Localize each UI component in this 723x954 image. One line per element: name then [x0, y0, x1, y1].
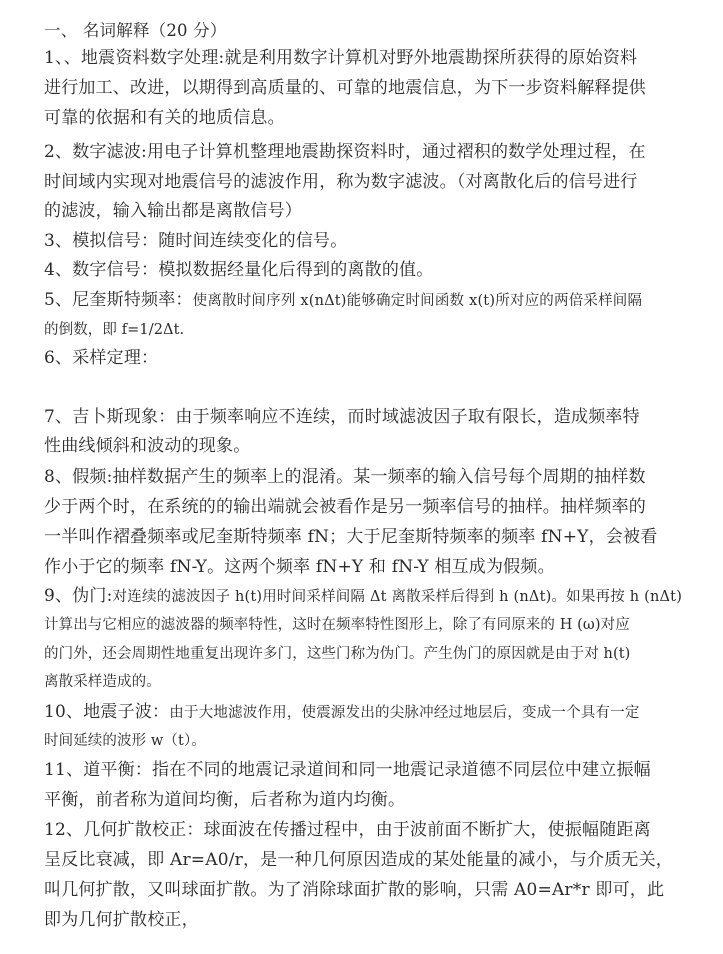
item-7-line-1: 7、吉卜斯现象：由于频率响应不连续，而时域滤波因子取有限长，造成频率特: [44, 405, 640, 429]
item-7-body: 由于频率响应不连续，而时域滤波因子取有限长，造成频率特: [175, 407, 639, 427]
item-12-label: 12、几何扩散校正：: [44, 820, 204, 840]
item-9-line-2: 计算出与它相应的滤波器的频率特性，这时在频率特性图形上，除了有同原来的 H (ω…: [44, 613, 630, 637]
item-3: 3、模拟信号：随时间连续变化的信号。: [44, 229, 347, 253]
section-title: 一、 名词解释（20 分）: [44, 19, 227, 43]
item-12-line-3: 叫几何扩散，又叫球面扩散。为了消除球面扩散的影响，只需 A0=Ar*r 即可，此: [44, 878, 664, 902]
item-8-line-4: 作小于它的频率 fN-Y。这两个频率 fN+Y 和 fN-Y 相互成为假频。: [44, 555, 555, 579]
item-5-body: 使离散时间序列 x(nΔt)能够确定时间函数 x(t)所对应的两倍采样间隔: [193, 293, 643, 309]
item-6: 6、采样定理：: [44, 346, 158, 370]
item-11-line-1: 11、道平衡：指在不同的地震记录道间和同一地震记录道德不同层位中建立振幅: [44, 758, 651, 782]
item-12-line-1: 12、几何扩散校正：球面波在传播过程中，由于波前面不断扩大，使振幅随距离: [44, 818, 651, 842]
item-1-line-1: 1、、地震资料数字处理:就是利用数字计算机对野外地震勘探所获得的原始资料: [44, 46, 637, 70]
item-1-line-2: 进行加工、改进，以期得到高质量的、可靠的地震信息，为下一步资料解释提供: [44, 76, 646, 100]
item-2-line-2: 时间域内实现对地震信号的滤波作用，称为数字滤波。（对离散化后的信号进行: [44, 170, 638, 194]
item-8-body: 抽样数据产生的频率上的混淆。某一频率的输入信号每个周期的抽样数: [113, 467, 646, 487]
item-11-line-2: 平衡，前者称为道间均衡，后者称为道内均衡。: [44, 788, 405, 812]
item-5-line-1: 5、尼奎斯特频率：使离散时间序列 x(nΔt)能够确定时间函数 x(t)所对应的…: [44, 288, 642, 313]
item-5-line-2: 的倒数，即 f=1/2Δt.: [44, 318, 184, 342]
item-10-label: 10、地震子波：: [44, 702, 169, 722]
item-12-line-4: 即为几何扩散校正，: [44, 908, 199, 932]
item-2-line-3: 的滤波，输入输出都是离散信号）: [44, 199, 302, 223]
item-10-line-1: 10、地震子波：由于大地滤波作用，使震源发出的尖脉冲经过地层后，变成一个具有一定: [44, 700, 640, 725]
item-5-label: 5、尼奎斯特频率：: [44, 290, 193, 310]
item-9-line-1: 9、伪门:对连续的滤波因子 h(t)用时间采样间隔 Δt 离散采样后得到 h (…: [44, 584, 682, 609]
item-7-line-2: 性曲线倾斜和波动的现象。: [44, 434, 250, 458]
item-1-line-3: 可靠的依据和有关的地质信息。: [44, 106, 285, 130]
item-9-line-4: 离散采样造成的。: [44, 670, 161, 694]
item-7-label: 7、吉卜斯现象：: [44, 407, 175, 427]
item-8-line-3: 一半叫作褶叠频率或尼奎斯特频率 fN；大于尼奎斯特频率的频率 fN+Y，会被看: [44, 525, 657, 549]
item-4: 4、数字信号：模拟数据经量化后得到的离散的值。: [44, 258, 433, 282]
item-11-label: 11、道平衡：: [44, 760, 152, 780]
item-10-line-2: 时间延续的波形 w（t）。: [44, 729, 206, 753]
item-9-line-3: 的门外，还会周期性地重复出现许多门，这些门称为伪门。产生伪门的原因就是由于对 h…: [44, 642, 630, 666]
item-8-line-1: 8、假频:抽样数据产生的频率上的混淆。某一频率的输入信号每个周期的抽样数: [44, 465, 646, 489]
item-9-body: 对连续的滤波因子 h(t)用时间采样间隔 Δt 离散采样后得到 h (nΔt)。…: [113, 589, 683, 605]
item-12-body: 球面波在传播过程中，由于波前面不断扩大，使振幅随距离: [204, 820, 651, 840]
item-8-line-2: 少于两个时，在系统的的输出端就会被看作是另一频率信号的抽样。抽样频率的: [44, 495, 646, 519]
item-2-line-1: 2、数字滤波:用电子计算机整理地震勘探资料时，通过褶积的数学处理过程，在: [44, 140, 646, 164]
document-page: 一、 名词解释（20 分） 1、、地震资料数字处理:就是利用数字计算机对野外地震…: [0, 0, 723, 954]
item-12-line-2: 呈反比衰减，即 Ar=A0/r，是一种几何原因造成的某处能量的减小，与介质无关，: [44, 848, 673, 872]
item-8-label: 8、假频:: [44, 467, 113, 487]
item-10-body: 由于大地滤波作用，使震源发出的尖脉冲经过地层后，变成一个具有一定: [169, 705, 639, 721]
item-9-label: 9、伪门:: [44, 586, 113, 606]
item-11-body: 指在不同的地震记录道间和同一地震记录道德不同层位中建立振幅: [152, 760, 651, 780]
